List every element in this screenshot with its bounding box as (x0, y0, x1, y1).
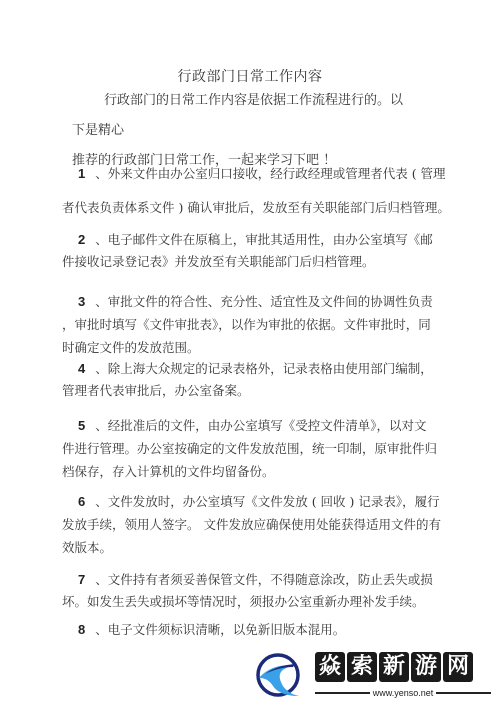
list-item: 7、文件持有者须妥善保管文件，不得随意涂改，防止丢失或损 坏。如发生丢失或损坏等… (62, 569, 402, 613)
item-number: 8 (78, 622, 85, 637)
item-number: 6 (78, 494, 85, 509)
item-text: 、电子邮件文件在原稿上，审批其适用性，由办公室填写《邮 (95, 232, 433, 247)
list-item: 5、经批准后的文件，由办公室填写《受控文件清单》，以对文 件进行管理。办公室按确… (62, 414, 402, 483)
brand-char: 索 (347, 652, 377, 682)
item-text: 发放手续，领用人签字。 文件发放应确保使用处能获得适用文件的有 (62, 513, 402, 536)
item-number: 5 (78, 418, 85, 433)
intro-line-1: 行政部门的日常工作内容是依据工作流程进行的。以下是精心 (72, 86, 412, 146)
item-text: 、外来文件由办公室归口接收，经行政经理或管理者代表 ( 管理 (95, 166, 445, 181)
document-page: 行政部门日常工作内容 行政部门的日常工作内容是依据工作流程进行的。以下是精心 推… (0, 0, 500, 708)
item-text: 、电子文件须标识清晰，以免新旧版本混用。 (95, 622, 345, 637)
item-text: 者代表负责体系文件 ) 确认审批后，发放至有关职能部门后归档管理。 (62, 191, 402, 225)
brand-char: 新 (379, 652, 409, 682)
swoosh-circle-logo-icon (255, 652, 301, 698)
list-item: 1、外来文件由办公室归口接收，经行政经理或管理者代表 ( 管理 者代表负责体系文… (62, 157, 402, 225)
item-text: ，审批时填写《文件审批表》，以作为审批的依据。文件审批时，同 (62, 313, 402, 336)
brand-char: 焱 (315, 652, 345, 682)
item-text: 、文件发放时，办公室填写《文件发放 ( 回收 ) 记录表》，履行 (95, 494, 439, 509)
list-item: 3、审批文件的符合性、充分性、适宜性及文件间的协调性负责 ，审批时填写《文件审批… (62, 290, 402, 359)
item-text: 管理者代表审批后，办公室备案。 (62, 380, 402, 402)
item-text: 、文件持有者须妥善保管文件，不得随意涂改，防止丢失或损 (95, 572, 433, 587)
watermark-logo: 焱 索 新 游 网 www.yenso.net (255, 648, 495, 706)
item-text: 件进行管理。办公室按确定的文件发放范围，统一印制，原审批件归 (62, 437, 402, 460)
list-item: 2、电子邮件文件在原稿上，审批其适用性，由办公室填写《邮 件接收记录登记表》并发… (62, 229, 402, 273)
list-item: 4、除上海大众规定的记录表格外，记录表格由使用部门编制， 管理者代表审批后，办公… (62, 358, 402, 402)
watermark-url-row: www.yenso.net (315, 688, 491, 698)
item-number: 3 (78, 294, 85, 309)
item-text: 件接收记录登记表》并发放至有关职能部门后归档管理。 (62, 251, 402, 273)
document-title: 行政部门日常工作内容 (0, 66, 500, 86)
divider (315, 692, 370, 694)
item-text: 效版本。 (62, 536, 402, 559)
list-item: 6、文件发放时，办公室填写《文件发放 ( 回收 ) 记录表》，履行 发放手续，领… (62, 490, 402, 559)
item-text: 、除上海大众规定的记录表格外，记录表格由使用部门编制， (95, 361, 433, 376)
item-text: 时确定文件的发放范围。 (62, 336, 402, 359)
item-number: 2 (78, 232, 85, 247)
list-item: 8、电子文件须标识清晰，以免新旧版本混用。 (62, 619, 402, 641)
item-text: 、审批文件的符合性、充分性、适宜性及文件间的协调性负责 (95, 294, 433, 309)
watermark-url: www.yenso.net (370, 688, 437, 698)
item-text: 、经批准后的文件，由办公室填写《受控文件清单》，以对文 (95, 418, 426, 433)
item-number: 1 (78, 166, 85, 181)
item-text: 档保存，存入计算机的文件均留备份。 (62, 460, 402, 483)
brand-char: 游 (411, 652, 441, 682)
brand-char: 网 (443, 652, 473, 682)
item-number: 7 (78, 572, 85, 587)
item-text: 坏。如发生丢失或损坏等情况时，须报办公室重新办理补发手续。 (62, 591, 402, 613)
divider (436, 692, 491, 694)
item-number: 4 (78, 361, 85, 376)
brand-name: 焱 索 新 游 网 (315, 652, 473, 682)
